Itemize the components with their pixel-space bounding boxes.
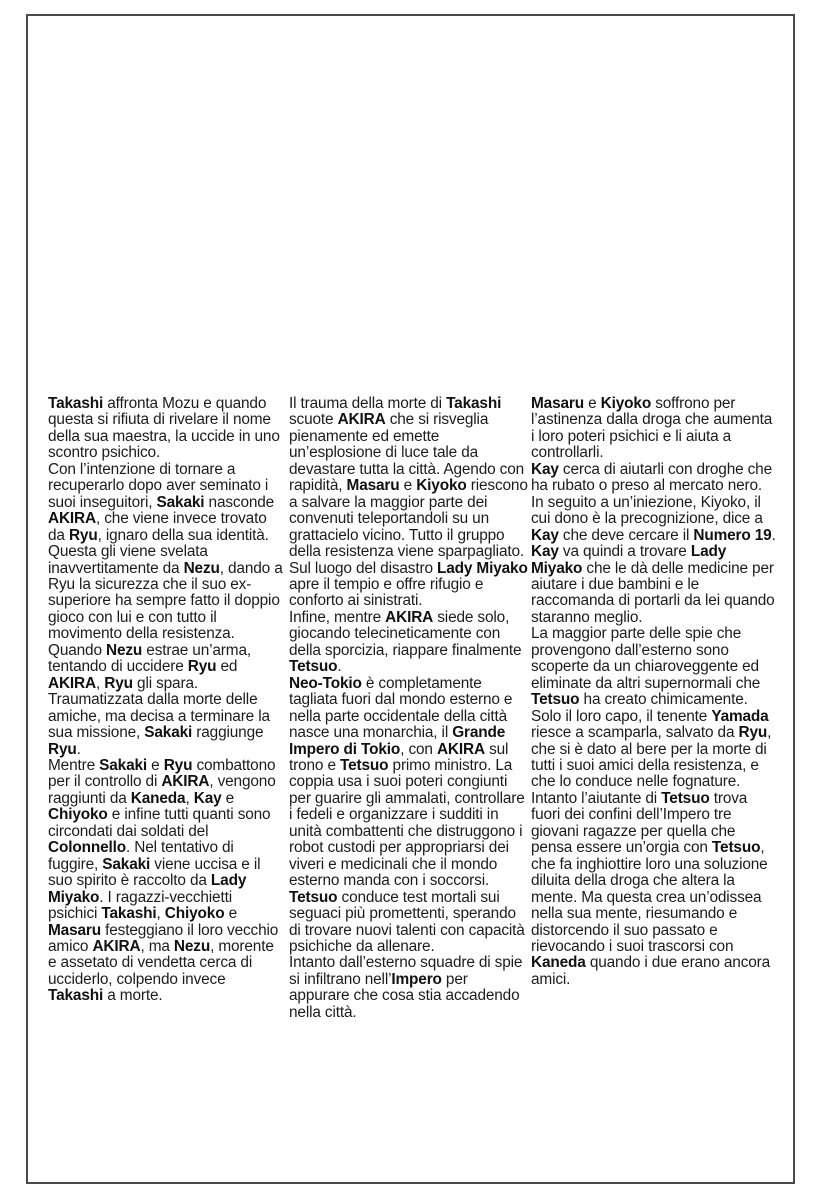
bold-name: Masaru: [347, 477, 400, 494]
text-run: apre il tempio e offre rifugio e confort…: [289, 576, 483, 609]
text-column-1: Takashi affronta Mozu e quando questa si…: [48, 396, 284, 1005]
bold-name: Tetsuo: [289, 889, 337, 906]
text-run: cerca di aiutarli con droghe che ha ruba…: [531, 461, 772, 527]
bold-name: Sakaki: [102, 856, 150, 873]
paragraph: Neo-Tokio è completamente tagliata fuori…: [289, 676, 529, 956]
paragraph: Masaru e Kiyoko soffrono per l’astinenza…: [531, 396, 777, 462]
text-run: ,: [157, 905, 165, 922]
bold-name: Lady Miyako: [437, 560, 528, 577]
text-run: .: [772, 527, 776, 544]
bold-name: Kaneda: [531, 954, 586, 971]
paragraph: La maggior parte delle spie che provengo…: [531, 626, 777, 791]
bold-name: Kay: [194, 790, 222, 807]
text-run: , con: [400, 741, 437, 758]
bold-name: Kiyoko: [601, 395, 651, 412]
paragraph: Mentre Sakaki e Ryu combattono per il co…: [48, 758, 284, 1005]
bold-name: Kay: [531, 527, 559, 544]
bold-name: Takashi: [48, 395, 103, 412]
text-run: ed: [216, 658, 237, 675]
bold-name: Yamada: [711, 708, 768, 725]
bold-name: Ryu: [48, 741, 77, 758]
paragraph: Kay cerca di aiutarli con droghe che ha …: [531, 462, 777, 544]
bold-name: AKIRA: [161, 773, 209, 790]
paragraph: Intanto l’aiutante di Tetsuo trova fuori…: [531, 791, 777, 988]
text-run: Il trauma della morte di: [289, 395, 446, 412]
bold-name: Sakaki: [157, 494, 205, 511]
text-run: Mentre: [48, 757, 99, 774]
text-run: e: [224, 905, 237, 922]
bold-name: Takashi: [101, 905, 156, 922]
text-run: Infine, mentre: [289, 609, 385, 626]
text-run: che deve cercare il: [559, 527, 694, 544]
bold-name: Kay: [531, 461, 559, 478]
bold-name: Tetsuo: [661, 790, 709, 807]
text-run: riesce a scamparla, salvato da: [531, 724, 739, 741]
bold-name: Kay: [531, 543, 559, 560]
bold-name: AKIRA: [338, 411, 386, 428]
bold-name: Ryu: [739, 724, 768, 741]
bold-name: Chiyoko: [48, 806, 108, 823]
text-run: e: [147, 757, 164, 774]
bold-name: Neo-Tokio: [289, 675, 362, 692]
bold-name: Masaru: [48, 922, 101, 939]
bold-name: AKIRA: [48, 510, 96, 527]
bold-name: Tetsuo: [531, 691, 579, 708]
text-run: , ma: [140, 938, 173, 955]
bold-name: Masaru: [531, 395, 584, 412]
text-run: a morte.: [103, 987, 162, 1004]
bold-name: Sakaki: [144, 724, 192, 741]
bold-name: AKIRA: [92, 938, 140, 955]
text-run: e: [400, 477, 417, 494]
bold-name: Takashi: [48, 987, 103, 1004]
text-run: .: [77, 741, 81, 758]
bold-name: Tetsuo: [712, 839, 760, 856]
bold-name: Ryu: [104, 675, 133, 692]
text-run: raggiunge: [192, 724, 263, 741]
text-run: ,: [185, 790, 193, 807]
paragraph: Infine, mentre AKIRA siede solo, giocand…: [289, 610, 529, 676]
paragraph: Intanto dall’esterno squadre di spie si …: [289, 955, 529, 1021]
text-run: e: [222, 790, 235, 807]
paragraph: Kay va quindi a trovare Lady Miyako che …: [531, 544, 777, 626]
bold-name: Nezu: [106, 642, 142, 659]
bold-name: Ryu: [69, 527, 98, 544]
bold-name: Nezu: [174, 938, 210, 955]
text-run: primo ministro. La coppia usa i suoi pot…: [289, 757, 525, 889]
bold-name: Tetsuo: [340, 757, 388, 774]
text-column-3: Masaru e Kiyoko soffrono per l’astinenza…: [531, 396, 777, 988]
bold-name: Nezu: [184, 560, 220, 577]
bold-name: Takashi: [446, 395, 501, 412]
bold-name: Colonnello: [48, 839, 126, 856]
text-run: scuote: [289, 411, 338, 428]
text-run: va quindi a trovare: [559, 543, 691, 560]
bold-name: Numero 19: [693, 527, 771, 544]
bold-name: Ryu: [188, 658, 217, 675]
bold-name: Tetsuo: [289, 658, 337, 675]
bold-name: Kiyoko: [416, 477, 466, 494]
text-run: e: [584, 395, 601, 412]
bold-name: Sakaki: [99, 757, 147, 774]
paragraph: Takashi affronta Mozu e quando questa si…: [48, 396, 284, 462]
text-run: , che fa inghiottire loro una soluzione …: [531, 839, 768, 955]
bold-name: Impero: [391, 971, 441, 988]
paragraph: Traumatizzata dalla morte delle amiche, …: [48, 692, 284, 758]
text-run: Intanto l’aiutante di: [531, 790, 661, 807]
paragraph: Con l’intenzione di tornare a recuperarl…: [48, 462, 284, 692]
bold-name: AKIRA: [48, 675, 96, 692]
bold-name: Chiyoko: [165, 905, 225, 922]
text-run: gli spara.: [133, 675, 198, 692]
bold-name: AKIRA: [437, 741, 485, 758]
text-run: nasconde: [204, 494, 274, 511]
text-column-2: Il trauma della morte di Takashi scuote …: [289, 396, 529, 1021]
paragraph: Il trauma della morte di Takashi scuote …: [289, 396, 529, 610]
bold-name: AKIRA: [385, 609, 433, 626]
text-run: La maggior parte delle spie che provengo…: [531, 625, 760, 691]
text-run: .: [337, 658, 341, 675]
bold-name: Kaneda: [131, 790, 186, 807]
bold-name: Ryu: [164, 757, 193, 774]
